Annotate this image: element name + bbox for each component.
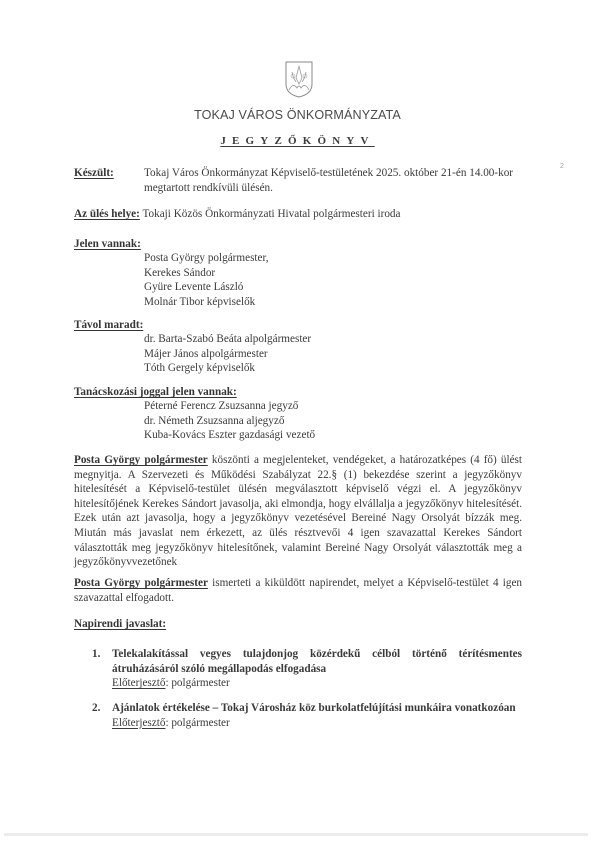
agenda-item-presenter: Előterjesztő: polgármester <box>112 676 522 691</box>
agenda-intro-paragraph: Posta György polgármester ismerteti a ki… <box>74 576 522 605</box>
meeting-place: Az ülés helye: Tokaji Közös Önkormányzat… <box>74 207 554 222</box>
present-name: Gyüre Levente László <box>144 280 269 295</box>
made-label: Készült: <box>74 166 114 181</box>
agenda-label: Napirendi javaslat: <box>74 617 166 632</box>
absent-name: Májer János alpolgármester <box>144 347 311 362</box>
present-name: Kerekes Sándor <box>144 266 269 281</box>
opening-paragraph: Posta György polgármester köszönti a meg… <box>74 453 522 570</box>
agenda-item: 1. Telekalakítással vegyes tulajdonjog k… <box>92 647 522 691</box>
opening-speaker: Posta György polgármester <box>74 454 208 466</box>
advisory-label: Tanácskozási joggal jelen vannak: <box>74 385 237 400</box>
advisory-name: dr. Németh Zsuzsanna aljegyző <box>144 414 315 429</box>
organization-name: TOKAJ VÁROS ÖNKORMÁNYZATA <box>0 108 595 123</box>
place-label: Az ülés helye: <box>74 208 140 220</box>
advisory-list: Péterné Ferencz Zsuzsanna jegyző dr. Ném… <box>144 399 315 443</box>
made-text: Tokaj Város Önkormányzat Képviselő-testü… <box>144 166 524 195</box>
agenda-item-presenter: Előterjesztő: polgármester <box>112 716 522 731</box>
page-mark: 2 <box>560 160 564 175</box>
present-name: Molnár Tibor képviselők <box>144 295 269 310</box>
agenda-item: 2. Ajánlatok értékelése – Tokaj Városház… <box>92 701 522 730</box>
absent-name: dr. Barta-Szabó Beáta alpolgármester <box>144 332 311 347</box>
opening-text: köszönti a megjelenteket, vendégeket, a … <box>74 454 522 568</box>
agenda-intro-speaker: Posta György polgármester <box>74 577 208 589</box>
absent-list: dr. Barta-Szabó Beáta alpolgármester Máj… <box>144 332 311 376</box>
agenda-item-number: 1. <box>92 647 100 662</box>
document-title: JEGYZŐKÖNYV <box>0 134 595 149</box>
advisory-name: Kuba-Kovács Eszter gazdasági vezető <box>144 428 315 443</box>
agenda-item-title: Ajánlatok értékelése – Tokaj Városház kö… <box>112 701 522 716</box>
page-bottom-edge <box>4 833 588 836</box>
agenda-item-number: 2. <box>92 701 100 716</box>
present-list: Posta György polgármester, Kerekes Sándo… <box>144 251 269 309</box>
present-name: Posta György polgármester, <box>144 251 269 266</box>
advisory-name: Péterné Ferencz Zsuzsanna jegyző <box>144 399 315 414</box>
agenda-item-title: Telekalakítással vegyes tulajdonjog közé… <box>112 647 522 676</box>
absent-name: Tóth Gergely képviselők <box>144 361 311 376</box>
absent-label: Távol maradt: <box>74 318 143 333</box>
coat-of-arms-icon <box>284 60 314 98</box>
present-label: Jelen vannak: <box>74 237 141 252</box>
place-text: Tokaji Közös Önkormányzati Hivatal polgá… <box>140 208 401 220</box>
